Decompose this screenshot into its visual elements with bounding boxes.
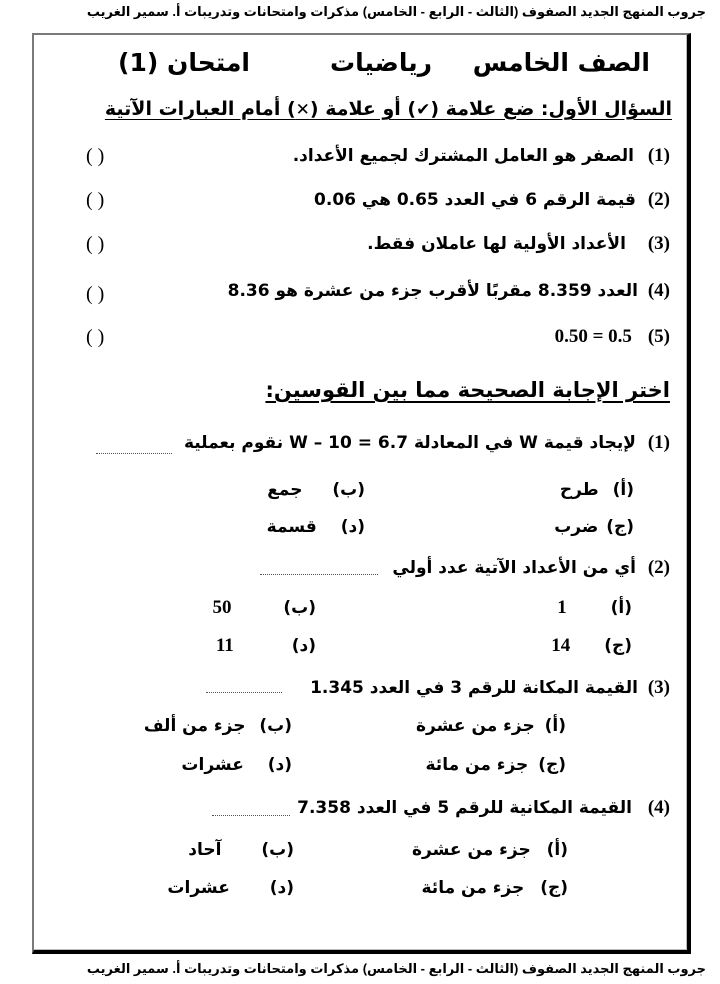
tf-answer-box-5[interactable]: ( )	[86, 326, 104, 349]
q2-option-d[interactable]: (د) 11	[216, 635, 316, 657]
option-text: طرح	[560, 480, 599, 500]
q1-option-d[interactable]: (د) قسمة	[267, 517, 365, 537]
tf-item-number: (1)	[648, 145, 670, 166]
option-text: قسمة	[267, 517, 317, 537]
answer-blank-1[interactable]	[96, 453, 172, 454]
q2-option-a[interactable]: (أ) 1	[557, 597, 632, 619]
tf-item-text: الأعداد الأولية لها عاملان فقط.	[367, 234, 626, 254]
answer-blank-4[interactable]	[212, 815, 290, 816]
option-text: جزء من عشرة	[416, 716, 535, 736]
q2-option-c[interactable]: (ج) 14	[551, 635, 632, 657]
section2-heading: اختر الإجابة الصحيحة مما بين القوسين:	[265, 378, 670, 402]
section1-heading-suffix: ) أمام العبارات الآتية	[105, 98, 296, 120]
option-text: جزء من مائة	[426, 755, 529, 775]
cross-mark-icon: ✕	[296, 100, 310, 120]
tf-item-number: (2)	[648, 189, 670, 210]
q4-option-a[interactable]: (أ) جزء من عشرة	[412, 840, 568, 860]
q4-option-b[interactable]: (ب) آحاد	[188, 840, 294, 860]
q1-option-c[interactable]: (ج) ضرب	[554, 517, 634, 537]
tf-item-4: (4) العدد 8.359 مقربًا لأقرب جزء من عشرة…	[228, 280, 670, 302]
tf-answer-box-4[interactable]: ( )	[86, 283, 104, 306]
mcq-question-3: (3) القيمة المكانة للرقم 3 في العدد 1.34…	[310, 677, 670, 699]
question-text: القيمة المكانية للرقم 5 في العدد 7.358	[297, 798, 632, 818]
tf-answer-box-1[interactable]: ( )	[86, 145, 104, 168]
exam-title: امتحان (1)	[118, 48, 250, 84]
option-label: (أ)	[613, 480, 634, 500]
subject-title: رياضيات	[330, 48, 432, 84]
option-label: (د)	[341, 517, 365, 537]
mcq-question-2: (2) أي من الأعداد الآتية عدد أولي	[392, 557, 670, 579]
tf-item-2: (2) قيمة الرقم 6 في العدد 0.65 هي 0.06	[314, 189, 670, 211]
option-text: 1	[557, 597, 567, 618]
option-text: جزء من ألف	[144, 716, 246, 736]
q3-option-b[interactable]: (ب) جزء من ألف	[144, 716, 292, 736]
option-label: (ب)	[261, 840, 294, 860]
option-text: 14	[551, 635, 570, 656]
q3-option-c[interactable]: (ج) جزء من مائة	[426, 755, 567, 775]
tf-item-text: قيمة الرقم 6 في العدد 0.65 هي 0.06	[314, 190, 636, 210]
option-label: (ج)	[606, 517, 634, 537]
option-label: (ب)	[259, 716, 292, 736]
tf-answer-box-2[interactable]: ( )	[86, 189, 104, 212]
q3-option-a[interactable]: (أ) جزء من عشرة	[416, 716, 566, 736]
mcq-question-4: (4) القيمة المكانية للرقم 5 في العدد 7.3…	[297, 797, 670, 819]
section1-heading-prefix: السؤال الأول: ضع علامة (	[430, 98, 672, 120]
section1-heading-mid: ) أو علامة (	[310, 98, 416, 120]
option-label: (أ)	[547, 840, 568, 860]
option-label: (ج)	[540, 878, 568, 898]
tf-item-number: (3)	[648, 233, 670, 254]
q4-option-d[interactable]: (د) عشرات	[167, 878, 294, 898]
tf-answer-box-3[interactable]: ( )	[86, 233, 104, 256]
option-text: جمع	[267, 480, 302, 500]
q4-option-c[interactable]: (ج) جزء من مائة	[422, 878, 569, 898]
grade-title: الصف الخامس	[473, 48, 650, 84]
q2-option-b[interactable]: (ب) 50	[212, 597, 316, 619]
option-text: عشرات	[181, 755, 243, 775]
question-number: (2)	[648, 557, 670, 578]
q3-option-d[interactable]: (د) عشرات	[181, 755, 292, 775]
q1-option-b[interactable]: (ب) جمع	[267, 480, 365, 500]
option-text: 11	[216, 635, 234, 656]
answer-blank-3[interactable]	[206, 692, 282, 693]
option-label: (ب)	[332, 480, 365, 500]
option-label: (ج)	[538, 755, 566, 775]
tf-item-number: (4)	[648, 280, 670, 301]
question-number: (1)	[648, 432, 670, 453]
answer-blank-2[interactable]	[260, 574, 378, 575]
tf-item-text: العدد 8.359 مقربًا لأقرب جزء من عشرة هو …	[228, 281, 638, 301]
option-label: (د)	[268, 755, 292, 775]
option-label: (أ)	[611, 598, 632, 618]
tf-item-1: (1) الصفر هو العامل المشترك لجميع الأعدا…	[293, 145, 670, 167]
tf-item-text: الصفر هو العامل المشترك لجميع الأعداد.	[293, 146, 634, 166]
mcq-question-1: (1) لإيجاد قيمة W في المعادلة 6.7 = W – …	[184, 432, 670, 454]
question-text: القيمة المكانة للرقم 3 في العدد 1.345	[310, 678, 638, 698]
tf-item-3: (3) الأعداد الأولية لها عاملان فقط.	[367, 233, 670, 255]
option-label: (ج)	[604, 636, 632, 656]
option-text: جزء من مائة	[422, 878, 525, 898]
option-label: (أ)	[545, 716, 566, 736]
tf-item-text: 0.50 = 0.5	[555, 326, 632, 347]
section1-heading: السؤال الأول: ضع علامة (✔) أو علامة (✕) …	[105, 98, 672, 120]
option-text: 50	[212, 597, 231, 618]
q1-option-a[interactable]: (أ) طرح	[560, 480, 634, 500]
question-number: (3)	[648, 677, 670, 698]
option-text: آحاد	[188, 840, 221, 860]
check-mark-icon: ✔	[416, 100, 430, 120]
top-banner: جروب المنهج الجديد الصفوف (الثالث - الرا…	[0, 4, 720, 20]
option-label: (د)	[292, 636, 316, 656]
tf-item-number: (5)	[648, 326, 670, 347]
option-text: جزء من عشرة	[412, 840, 531, 860]
option-text: عشرات	[167, 878, 229, 898]
bottom-banner: جروب المنهج الجديد الصفوف (الثالث - الرا…	[0, 961, 720, 977]
question-number: (4)	[648, 797, 670, 818]
option-label: (ب)	[283, 598, 316, 618]
question-text: أي من الأعداد الآتية عدد أولي	[392, 558, 636, 578]
tf-item-5: (5) 0.50 = 0.5	[555, 326, 670, 348]
option-label: (د)	[270, 878, 294, 898]
option-text: ضرب	[554, 517, 598, 537]
question-text: لإيجاد قيمة W في المعادلة 6.7 = W – 10 ن…	[184, 433, 636, 453]
